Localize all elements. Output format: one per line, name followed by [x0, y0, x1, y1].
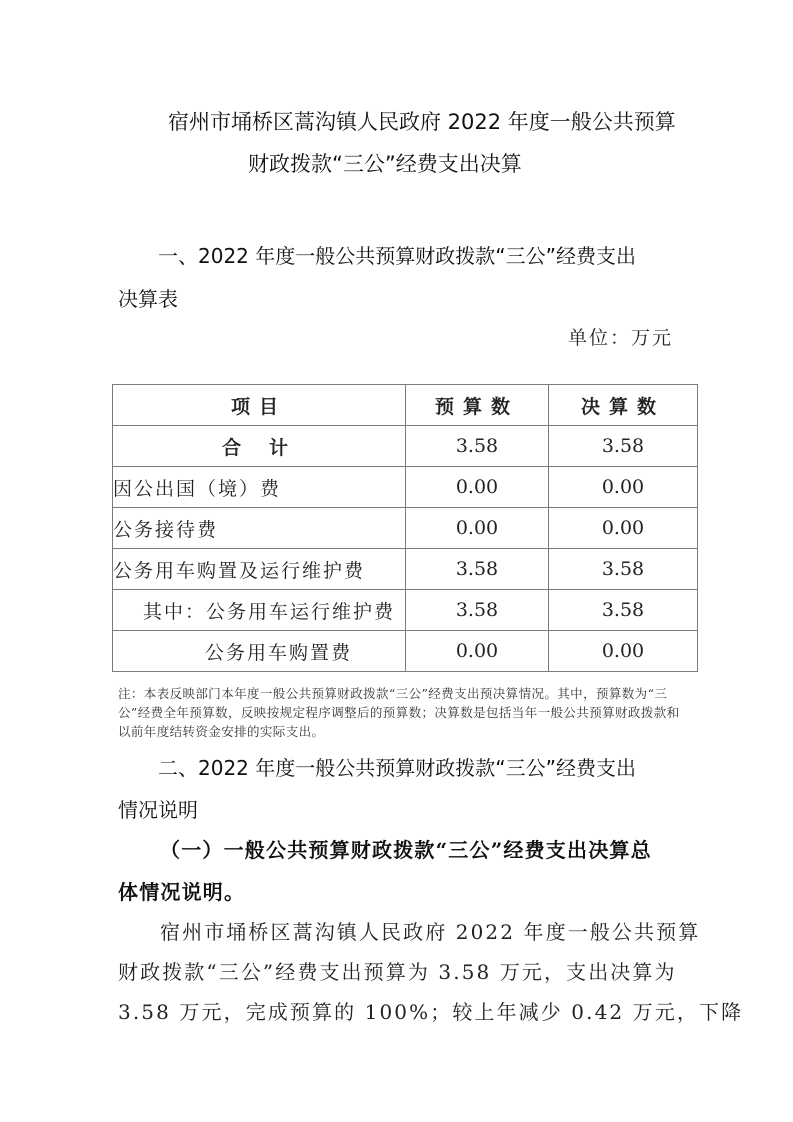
row-budget-value: 0.00: [406, 631, 549, 672]
paragraph-line1: 宿州市埇桥区蒿沟镇人民政府 2022 年度一般公共预算: [160, 916, 700, 945]
table-header-row: 项目 预算数 决算数: [113, 385, 698, 426]
column-header-final: 决算数: [549, 385, 698, 426]
row-budget-value: 0.00: [406, 467, 549, 508]
table-row-total: 合计 3.58 3.58: [113, 426, 698, 467]
document-title-line2: 财政拨款“三公”经费支出决算: [248, 148, 522, 178]
unit-label: 单位：万元: [568, 323, 673, 350]
row-item-label: 合计: [113, 426, 406, 467]
row-final-value: 0.00: [549, 508, 698, 549]
section1-heading-line2: 决算表: [118, 283, 178, 312]
table-row: 公务用车购置及运行维护费 3.58 3.58: [113, 549, 698, 590]
column-header-item: 项目: [113, 385, 406, 426]
section2-heading-line2: 情况说明: [118, 794, 198, 823]
row-budget-value: 0.00: [406, 508, 549, 549]
table-note: 注：本表反映部门本年度一般公共预算财政拨款“三公”经费支出预决算情况。其中，预算…: [118, 684, 684, 741]
row-budget-value: 3.58: [406, 549, 549, 590]
row-budget-value: 3.58: [406, 426, 549, 467]
table-row: 公务用车购置费 0.00 0.00: [113, 631, 698, 672]
column-header-budget: 预算数: [406, 385, 549, 426]
row-final-value: 3.58: [549, 590, 698, 631]
row-item-label: 公务用车购置费: [113, 631, 406, 672]
section1-heading-line1: 一、2022 年度一般公共预算财政拨款“三公”经费支出: [158, 240, 636, 269]
three-public-expenses-table: 项目 预算数 决算数 合计 3.58 3.58 因公出国（境）费 0.00 0.…: [112, 384, 698, 672]
row-item-label: 公务用车购置及运行维护费: [113, 549, 406, 590]
table-row: 其中：公务用车运行维护费 3.58 3.58: [113, 590, 698, 631]
table-row: 因公出国（境）费 0.00 0.00: [113, 467, 698, 508]
row-item-label: 因公出国（境）费: [113, 467, 406, 508]
row-final-value: 0.00: [549, 467, 698, 508]
table-row: 公务接待费 0.00 0.00: [113, 508, 698, 549]
row-final-value: 3.58: [549, 549, 698, 590]
subsection1-heading-line1: （一）一般公共预算财政拨款“三公”经费支出决算总: [160, 834, 652, 863]
row-final-value: 3.58: [549, 426, 698, 467]
paragraph-line2: 财政拨款“三公”经费支出预算为 3.58 万元，支出决算为: [118, 956, 677, 985]
subsection1-heading-line2: 体情况说明。: [118, 876, 245, 905]
row-item-label: 公务接待费: [113, 508, 406, 549]
row-final-value: 0.00: [549, 631, 698, 672]
document-title-line1: 宿州市埇桥区蒿沟镇人民政府 2022 年度一般公共预算: [168, 106, 676, 136]
row-budget-value: 3.58: [406, 590, 549, 631]
row-item-label: 其中：公务用车运行维护费: [113, 590, 406, 631]
section2-heading-line1: 二、2022 年度一般公共预算财政拨款“三公”经费支出: [158, 752, 636, 781]
paragraph-line3: 3.58 万元，完成预算的 100%；较上年减少 0.42 万元，下降: [118, 996, 743, 1025]
